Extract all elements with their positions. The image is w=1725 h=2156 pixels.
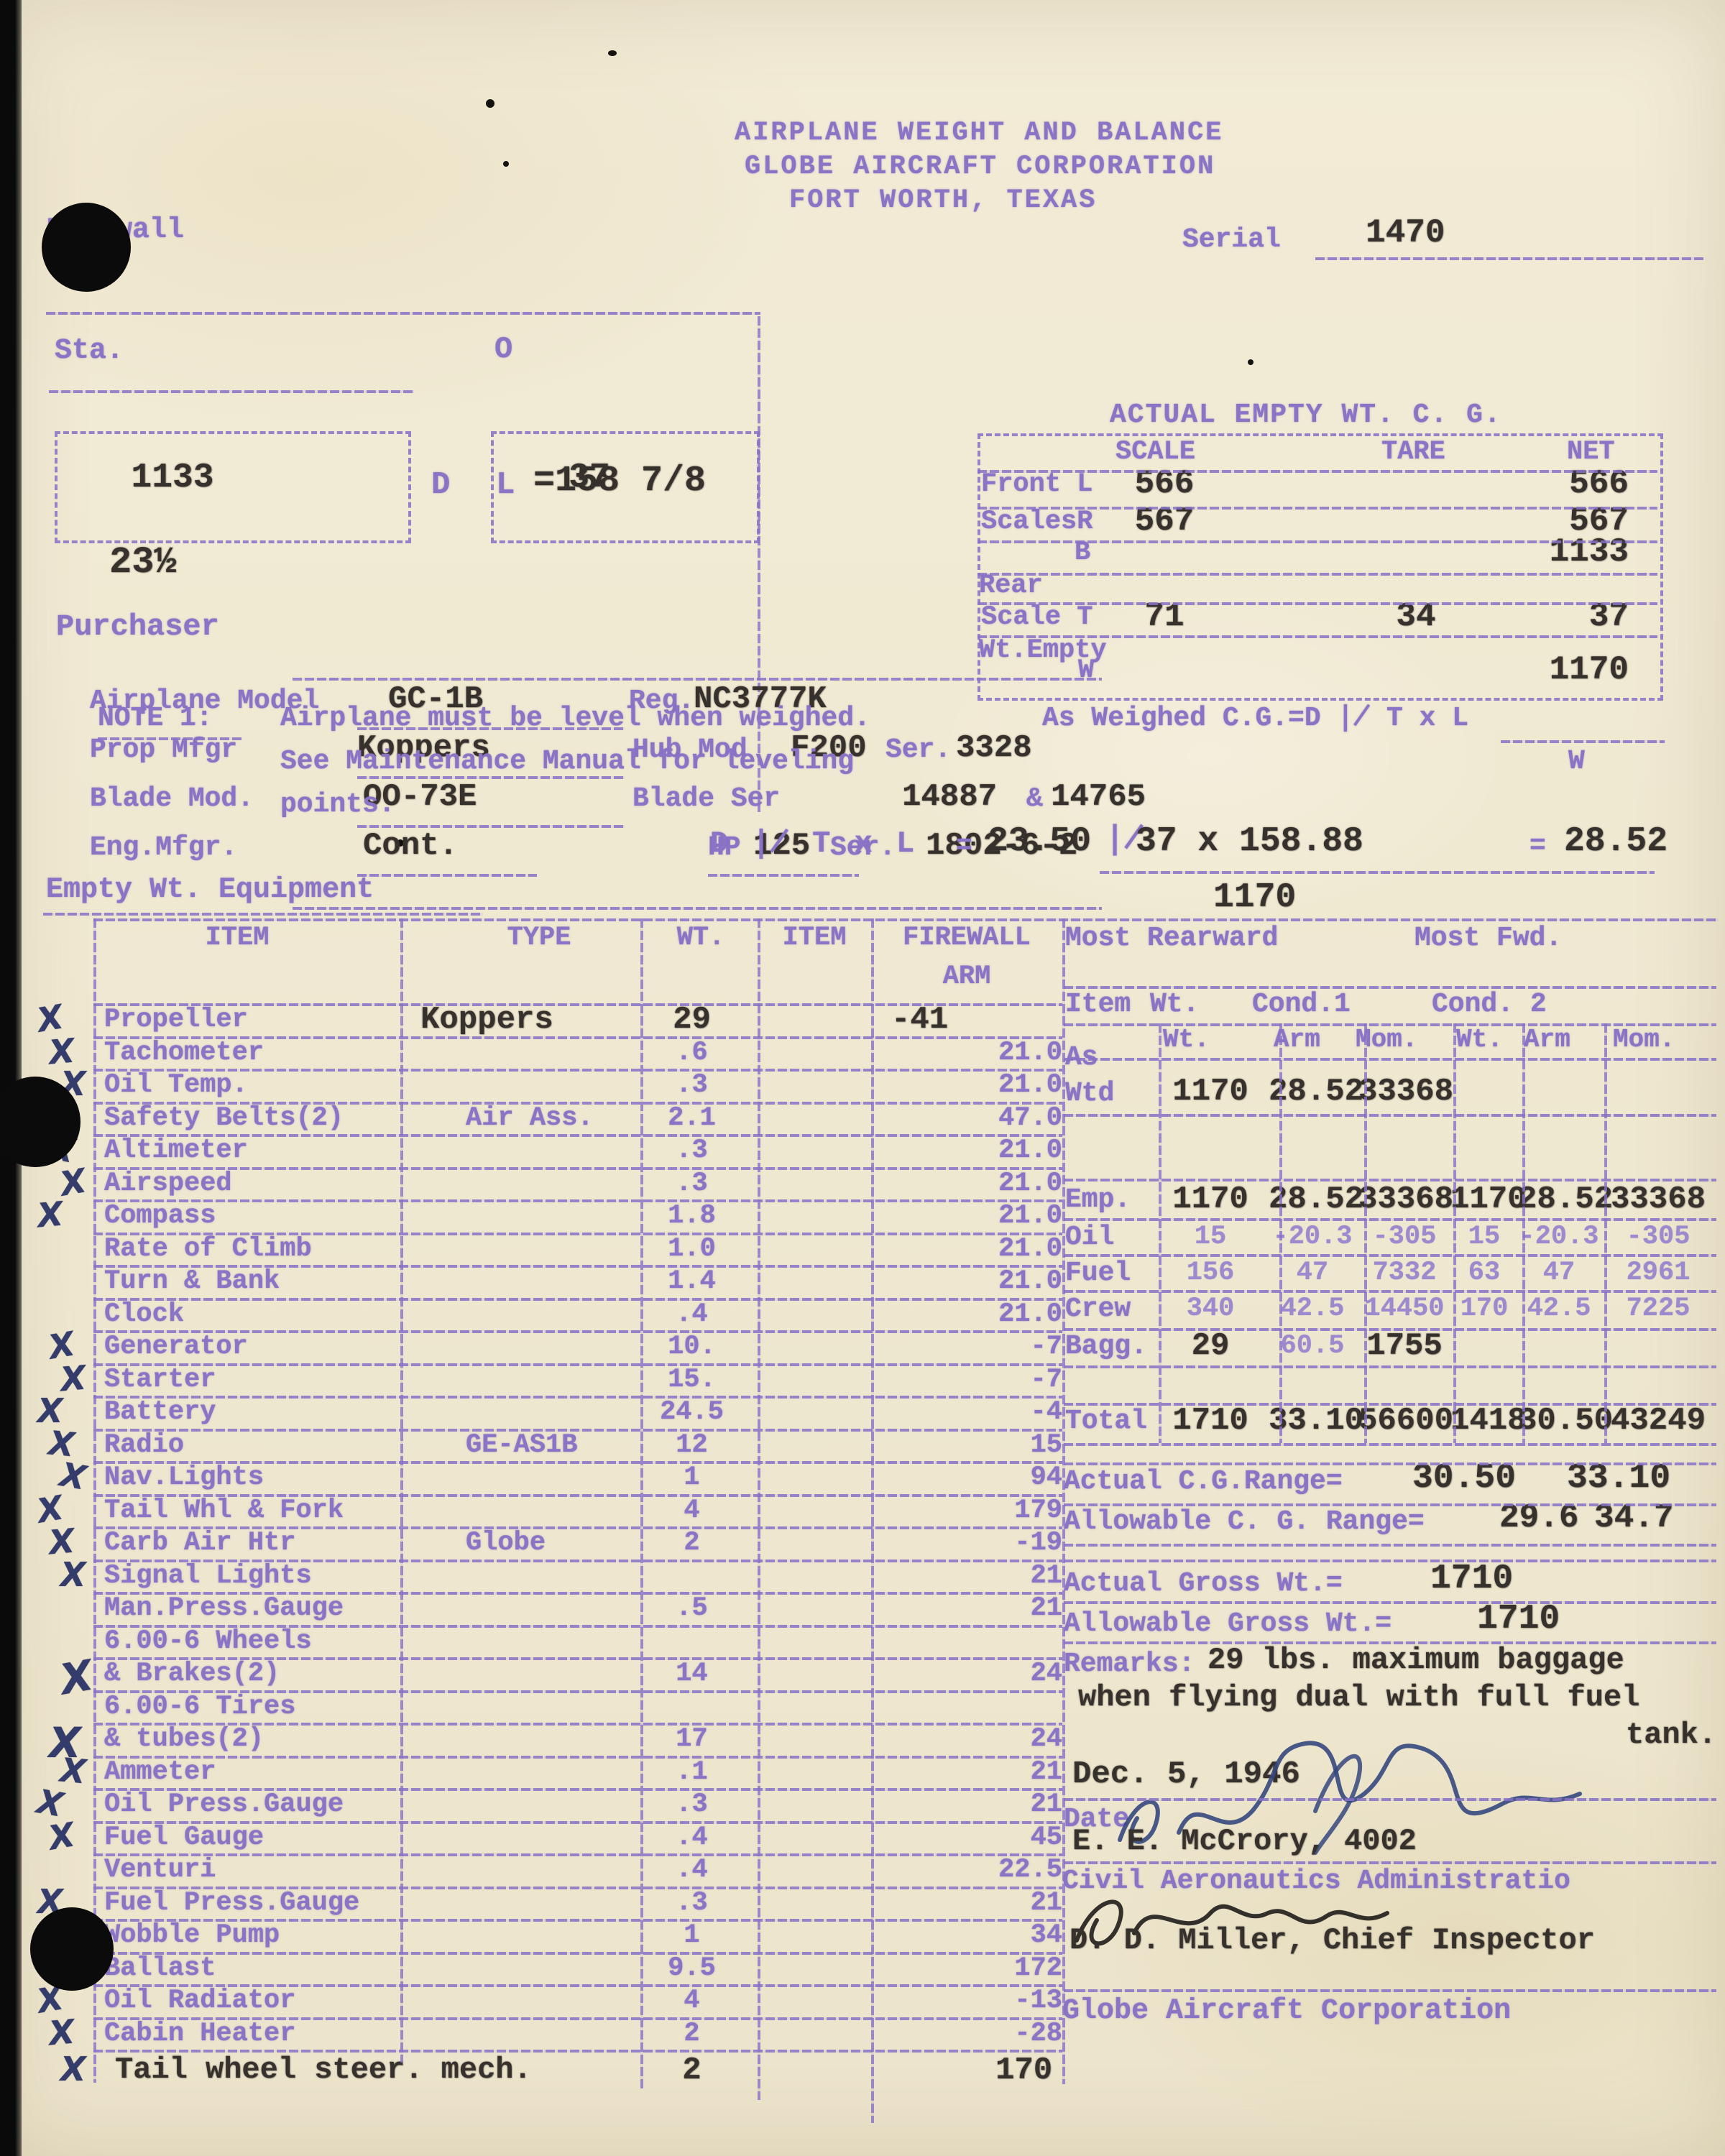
equip-arm: 21.0 [934, 1170, 1062, 1198]
grid-rule [1064, 1798, 1716, 1801]
grid-rule [977, 470, 1657, 473]
x-mark: X [57, 1161, 89, 1203]
blade-ser-label: Blade Ser [632, 785, 780, 814]
sta-label: Sta. [55, 336, 124, 367]
equip-arm: -13 [934, 1987, 1062, 2015]
cond-cell-value: 33368 [1358, 1183, 1450, 1216]
ae-net-value: 1170 [1481, 653, 1629, 687]
grid-rule [977, 635, 1657, 638]
serial-underline [1315, 257, 1703, 260]
grid-rule [977, 602, 1657, 605]
grid-rule [93, 1265, 1062, 1268]
as-weighed-formula: As Weighed C.G.=D ∤ T x L [1042, 704, 1468, 733]
cond-cell-value: 156 [1156, 1259, 1265, 1287]
grid-rule [1064, 1462, 1716, 1465]
equip-arm: 21 [934, 1889, 1062, 1917]
serial-label: Serial [1182, 226, 1281, 254]
equip-item: Wobble Pump [104, 1922, 280, 1950]
grid-rule [93, 1657, 1062, 1660]
equip-arm: 21 [934, 1595, 1062, 1623]
grid-rule [93, 1036, 1062, 1039]
allowable-cg-label: Allowable C. G. Range= [1064, 1508, 1425, 1537]
ink-speck [486, 99, 494, 108]
grid-rule [93, 1069, 1062, 1072]
cond-subheader: Mom. [1613, 1026, 1675, 1054]
col-scale: SCALE [1115, 438, 1195, 466]
grid-rule [1064, 1365, 1716, 1368]
equip-arm: 21.0 [934, 1072, 1062, 1100]
equip-header-firewall: FIREWALL [873, 924, 1060, 952]
equip-arm: 34 [934, 1922, 1062, 1950]
x-mark: X [46, 1815, 78, 1857]
grid-rule [400, 918, 403, 2063]
cond-header-wt: Wt. [1150, 990, 1199, 1019]
equip-wt: 29 [632, 1003, 751, 1036]
formula-eq1: = [956, 832, 972, 861]
grid-rule [758, 918, 760, 2100]
grid-rule [1604, 1023, 1607, 1443]
cond-cell-value: 7225 [1601, 1295, 1715, 1323]
station-zero-value: O [494, 333, 512, 365]
grid-rule [1064, 1218, 1716, 1221]
equip-type: Air Ass. [466, 1105, 594, 1133]
equip-wt: .5 [632, 1595, 751, 1623]
as-weighed-denominator: W [1568, 747, 1585, 776]
grid-rule [1064, 1023, 1716, 1026]
grid-rule [1062, 918, 1065, 2084]
equip-item: & Brakes(2) [104, 1660, 280, 1688]
grid-rule [1064, 1058, 1716, 1061]
formula-lhs: D ∤ T x L [710, 828, 917, 860]
actual-gross-label: Actual Gross Wt.= [1064, 1570, 1343, 1598]
grid-rule [93, 1592, 1062, 1595]
equip-item: Oil Press.Gauge [104, 1791, 344, 1819]
cond-cell-value: 2961 [1601, 1259, 1715, 1287]
cond-header-fwd: Most Fwd. [1414, 924, 1562, 953]
equip-arm: 22.5 [934, 1856, 1062, 1884]
cond-wtd-value: 1170 [1156, 1075, 1265, 1108]
cond-cell-value: 29 [1156, 1330, 1265, 1363]
equip-item: 6.00-6 Tires [104, 1693, 295, 1721]
equip-item: Rate of Climb [104, 1235, 312, 1263]
equip-type: Globe [466, 1529, 546, 1557]
formula-result: 28.52 [1564, 824, 1667, 860]
equip-arm: -4 [934, 1399, 1062, 1427]
equip-item: Tail wheel steer. mech. [115, 2054, 532, 2086]
equipment-title-underline [43, 913, 483, 916]
cond-header-cond2: Cond. 2 [1432, 990, 1547, 1019]
formula-num1: 23.50 [988, 824, 1091, 860]
formula-eq2: = [1529, 832, 1546, 861]
grid-rule [1064, 1544, 1716, 1547]
grid-rule [1064, 1601, 1716, 1604]
note-label: NOTE 1: [98, 704, 213, 733]
equip-item: 6.00-6 Wheels [104, 1628, 312, 1656]
formula-denom: 1170 [1213, 880, 1296, 916]
grid-rule [871, 918, 874, 2123]
equip-item: Fuel Press.Gauge [104, 1889, 359, 1917]
equip-arm: 21.0 [934, 1039, 1062, 1067]
form-title-line3: FORT WORTH, TEXAS [789, 187, 1097, 215]
equip-item: & tubes(2) [104, 1726, 264, 1754]
equip-wt: 2.1 [632, 1105, 751, 1133]
grid-rule [93, 1756, 1062, 1759]
cond-row-label: Bagg. [1065, 1332, 1147, 1361]
grid-rule [1064, 1254, 1716, 1257]
grid-rule [1064, 1861, 1716, 1864]
cond-cell-value: 15 [1156, 1223, 1265, 1251]
equip-header-item2: ITEM [760, 924, 868, 952]
grid-rule [93, 1984, 1062, 1987]
cond-cell-value: 56600 [1358, 1404, 1450, 1437]
equip-item: Airspeed [104, 1170, 232, 1198]
cond-cell-value: 33368 [1601, 1183, 1715, 1216]
equip-wt: .3 [632, 1137, 751, 1165]
equip-wt: 1.8 [632, 1202, 751, 1230]
ink-speck [503, 161, 509, 167]
ae-row-label: ScalesR [981, 508, 1092, 536]
cond-header-item: Item [1065, 990, 1131, 1019]
station-rule-1 [46, 312, 760, 315]
ae-row-label: Rear [979, 572, 1043, 600]
equip-item: Venturi [104, 1856, 216, 1884]
equip-arm: 172 [934, 1955, 1062, 1983]
equip-arm: 47.0 [934, 1105, 1062, 1133]
equip-item: Safety Belts(2) [104, 1105, 344, 1133]
formula-fraction-bar [1100, 871, 1655, 874]
cond-row-label: Oil [1065, 1223, 1114, 1252]
grid-rule [93, 1919, 1062, 1922]
grid-rule [93, 1233, 1062, 1235]
grid-rule [93, 2017, 1062, 2020]
allowable-gross-label: Allowable Gross Wt.= [1064, 1610, 1391, 1639]
grid-rule [1064, 1403, 1716, 1406]
punch-hole [42, 203, 131, 292]
hub-ser-label: Ser. [885, 736, 951, 765]
grid-rule [1064, 1560, 1716, 1562]
remarks-line1: 29 lbs. maximum baggage [1207, 1644, 1624, 1676]
cond-cell-value: 340 [1156, 1295, 1265, 1323]
cond-row-label: Crew [1065, 1295, 1131, 1324]
cond-header-rearward: Most Rearward [1065, 924, 1278, 953]
grid-rule [93, 1853, 1062, 1856]
eng-mfgr-value: Cont. [363, 829, 458, 862]
equip-item: Tachometer [104, 1039, 264, 1067]
equip-wt: 4 [632, 1987, 751, 2015]
actual-cg-label: Actual C.G.Range= [1064, 1468, 1343, 1496]
ae-row-label: Scale T [981, 604, 1092, 632]
grid-rule [93, 1494, 1062, 1497]
equip-arm: 21.0 [934, 1235, 1062, 1263]
cond-row-label: Emp. [1065, 1186, 1131, 1215]
cond-cell-value: 15 [1450, 1223, 1518, 1251]
cond-cell-value: 1170 [1156, 1183, 1265, 1216]
cond-subheader: Wt. [1163, 1026, 1210, 1054]
cond-wtd-label: Wtd [1065, 1079, 1114, 1108]
equip-wt: 1.0 [632, 1235, 751, 1263]
x-mark: X [36, 1194, 65, 1235]
allowable-gross-value: 1710 [1477, 1601, 1560, 1637]
equip-item: Turn & Bank [104, 1268, 280, 1296]
equip-arm: 94 [934, 1464, 1062, 1492]
grid-rule [1064, 1179, 1716, 1181]
note-line3: points. [280, 791, 395, 819]
equip-wt: 1.4 [632, 1268, 751, 1296]
equip-header-wt: WT. [647, 924, 755, 952]
grid-rule [1364, 1023, 1367, 1443]
cond-cell-value: 63 [1450, 1259, 1518, 1287]
grid-rule [93, 1690, 1062, 1693]
equip-arm: 21.0 [934, 1301, 1062, 1329]
equip-item: Fuel Gauge [104, 1824, 264, 1852]
ae-row-label: W [1078, 657, 1094, 685]
equip-item: Ammeter [104, 1759, 216, 1787]
equip-wt: 15. [632, 1366, 751, 1394]
equip-header-item: ITEM [129, 924, 345, 952]
scan-edge-strip [0, 0, 22, 2156]
equip-arm: 21 [934, 1791, 1062, 1819]
company-name: Globe Aircraft Corporation [1062, 1996, 1511, 2027]
blade-ser-amp: & [1026, 785, 1043, 814]
grid-rule [1064, 1641, 1716, 1644]
grid-rule [977, 573, 1657, 576]
grid-rule [1064, 1989, 1716, 1992]
equip-item: Propeller [104, 1006, 248, 1034]
cond-cell-value: 14450 [1358, 1295, 1450, 1323]
actual-empty-title: ACTUAL EMPTY WT. C. G. [1110, 401, 1502, 430]
cond-cell-value: 7332 [1358, 1259, 1450, 1287]
grid-rule [93, 1330, 1062, 1333]
actual-gross-value: 1710 [1430, 1561, 1513, 1597]
grid-rule [93, 1723, 1062, 1726]
equip-wt: 1 [632, 1464, 751, 1492]
x-mark: X [47, 2012, 76, 2053]
equip-wt: .3 [632, 1170, 751, 1198]
equip-item: Signal Lights [104, 1562, 312, 1590]
inspector2-name: D. D. Miller, Chief Inspector [1069, 1925, 1595, 1956]
form-title-line1: AIRPLANE WEIGHT AND BALANCE [735, 119, 1224, 147]
equip-wt: 1 [632, 1922, 751, 1950]
cond-cell-value: 28.52 [1518, 1183, 1600, 1216]
equip-arm: -41 [891, 1003, 948, 1036]
hub-ser-value: 3328 [956, 732, 1032, 765]
grid-rule [93, 1526, 1062, 1529]
grid-rule [93, 1102, 1062, 1105]
equip-arm: 21.0 [934, 1202, 1062, 1230]
underline [708, 874, 859, 877]
equip-item: Clock [104, 1301, 184, 1329]
equip-item: Oil Radiator [104, 1987, 295, 2015]
equip-arm: 21.0 [934, 1268, 1062, 1296]
equip-wt: .3 [632, 1791, 751, 1819]
grid-rule [93, 1788, 1062, 1791]
equip-wt: 10. [632, 1333, 751, 1361]
grid-rule [977, 507, 1657, 510]
equip-arm: 24 [934, 1660, 1062, 1688]
punch-hole [30, 1907, 114, 1991]
grid-rule [1064, 1114, 1716, 1117]
equip-wt: 12 [632, 1432, 751, 1460]
equip-wt: .4 [632, 1301, 751, 1329]
equip-arm: 21.0 [934, 1137, 1062, 1165]
equip-wt: 2 [632, 2020, 751, 2048]
note-line2: See Maintenance Manual for leveling [280, 747, 854, 776]
serial-value: 1470 [1366, 216, 1445, 250]
purchaser-label: Purchaser [56, 611, 219, 642]
station-box-right-edge [758, 316, 760, 812]
equip-arm: 45 [934, 1824, 1062, 1852]
grid-rule [93, 1560, 1062, 1562]
equip-arm: 170 [995, 2054, 1052, 2087]
grid-rule [1279, 1023, 1282, 1443]
equip-arm: 21 [934, 1759, 1062, 1787]
equip-arm: 15 [934, 1432, 1062, 1460]
grid-rule [1064, 1443, 1716, 1446]
equip-item: Radio [104, 1432, 184, 1460]
remarks-line2: when flying dual with full fuel [1078, 1682, 1639, 1713]
grid-rule [93, 1461, 1062, 1464]
cond-cell-value: 47 [1518, 1259, 1600, 1287]
weight-box-37-value: 37 [517, 460, 661, 496]
cond-row-label: Fuel [1065, 1259, 1131, 1288]
equip-item: Cabin Heater [104, 2020, 295, 2048]
grid-rule [1064, 1290, 1716, 1293]
cond-wtd-value: 33368 [1358, 1075, 1450, 1108]
equip-wt: .3 [632, 1889, 751, 1917]
cond-cell-value: 170 [1450, 1295, 1518, 1323]
equip-item: Man.Press.Gauge [104, 1595, 344, 1623]
equip-arm: 24 [934, 1726, 1062, 1754]
col-tare: TARE [1381, 438, 1445, 466]
equip-item: Generator [104, 1333, 248, 1361]
inspector1-name: E. E. McCrory, 4002 [1072, 1825, 1417, 1857]
weight-box-1133-value: 1133 [86, 460, 259, 496]
grid-rule [93, 1396, 1062, 1399]
grid-rule [1064, 986, 1716, 989]
formula-num2: 37 x 158.88 [1136, 824, 1363, 860]
grid-rule [93, 1003, 1062, 1006]
equip-type: GE-AS1B [466, 1432, 577, 1460]
equip-header-type: TYPE [446, 924, 632, 952]
cond-cell-value: 43249 [1601, 1404, 1715, 1437]
x-mark: X [56, 1651, 96, 1705]
grid-rule [93, 1821, 1062, 1824]
equip-header-arm: ARM [873, 963, 1060, 991]
cond-cell-value: 42.5 [1518, 1295, 1600, 1323]
cond-cell-value: 1710 [1156, 1404, 1265, 1437]
grid-rule [640, 918, 643, 2088]
equip-arm: -19 [934, 1529, 1062, 1557]
grid-rule [1064, 1328, 1716, 1331]
d-label: D [431, 469, 450, 502]
grid-rule [93, 1625, 1062, 1628]
equip-wt: .1 [632, 1759, 751, 1787]
grid-rule [93, 1167, 1062, 1170]
actual-cg-value1: 30.50 [1412, 1460, 1516, 1496]
grid-rule [93, 1363, 1062, 1366]
grid-rule [93, 918, 96, 2083]
equip-wt: 2 [632, 1529, 751, 1557]
equip-wt: 9.5 [632, 1955, 751, 1983]
equip-item: Starter [104, 1366, 216, 1394]
note-line1: Airplane must be level when weighed. [280, 704, 870, 733]
ink-speck [1248, 359, 1253, 365]
cond-cell-value: 30.50 [1518, 1404, 1600, 1437]
equip-type: Koppers [420, 1003, 553, 1036]
equip-arm: 21 [934, 1562, 1062, 1590]
signature-mccrory [1100, 1725, 1646, 1883]
equip-arm: 179 [934, 1497, 1062, 1525]
cond-cell-value: -20.3 [1518, 1223, 1600, 1251]
grid-rule [93, 1886, 1062, 1889]
equip-arm: -7 [934, 1333, 1062, 1361]
equip-item: Ballast [104, 1955, 216, 1983]
x-mark: X [60, 1555, 86, 1594]
equip-wt: .4 [632, 1824, 751, 1852]
cond-row-label: Total [1065, 1407, 1147, 1436]
cond-cell-value: 1418 [1450, 1404, 1518, 1437]
equip-wt: .4 [632, 1856, 751, 1884]
blade-mod-label: Blade Mod. [90, 785, 254, 814]
grid-rule [1159, 1023, 1161, 1443]
cond-cell-value: 1170 [1450, 1183, 1518, 1216]
grid-rule [977, 540, 1657, 543]
equipment-title: Empty Wt. Equipment [46, 875, 374, 906]
equip-item: Nav.Lights [104, 1464, 264, 1492]
x-mark: X [60, 2050, 86, 2088]
form-title-line2: GLOBE AIRCRAFT CORPORATION [745, 153, 1215, 181]
grid-rule [1453, 1023, 1456, 1443]
equip-wt: .6 [632, 1039, 751, 1067]
remarks-label: Remarks: [1064, 1650, 1195, 1679]
ae-row-label: Front L [981, 471, 1092, 499]
equip-item: Oil Temp. [104, 1072, 248, 1100]
fraction-bar [1501, 740, 1665, 743]
scanned-weight-balance-form: AIRPLANE WEIGHT AND BALANCE GLOBE AIRCRA… [0, 0, 1725, 2156]
x-mark: X [59, 1358, 88, 1399]
grid-rule [93, 1199, 1062, 1202]
grid-rule [93, 1298, 1062, 1301]
cond-cell-value: -305 [1358, 1223, 1450, 1251]
grid-rule [93, 2050, 1062, 2053]
equip-item: Altimeter [104, 1137, 248, 1165]
equip-wt: 24.5 [632, 1399, 751, 1427]
equip-wt: 14 [632, 1660, 751, 1688]
equip-item: Carb Air Htr [104, 1529, 295, 1557]
equip-arm: -28 [934, 2020, 1062, 2048]
grid-rule [93, 1134, 1062, 1137]
actual-cg-value2: 33.10 [1567, 1460, 1670, 1496]
equip-wt: 2 [632, 2054, 751, 2087]
equip-item: Tail Whl & Fork [104, 1497, 344, 1525]
cond-subheader: Wt. [1456, 1026, 1503, 1054]
grid-rule [1522, 1023, 1525, 1443]
blade-ser-value: 14887 [902, 780, 997, 814]
station-rule-2 [49, 390, 414, 393]
blade-ser-value2: 14765 [1051, 780, 1146, 814]
cond-header-cond1: Cond.1 [1252, 990, 1351, 1019]
cond-cell-value: -305 [1601, 1223, 1715, 1251]
equip-item: Battery [104, 1399, 216, 1427]
grid-rule [93, 1952, 1062, 1955]
equip-wt: 17 [632, 1726, 751, 1754]
note-underline [98, 737, 241, 740]
grid-rule [93, 918, 1718, 921]
equip-wt: .3 [632, 1072, 751, 1100]
col-net: NET [1567, 438, 1615, 466]
grid-rule [1064, 1503, 1716, 1506]
ink-speck [608, 50, 617, 56]
